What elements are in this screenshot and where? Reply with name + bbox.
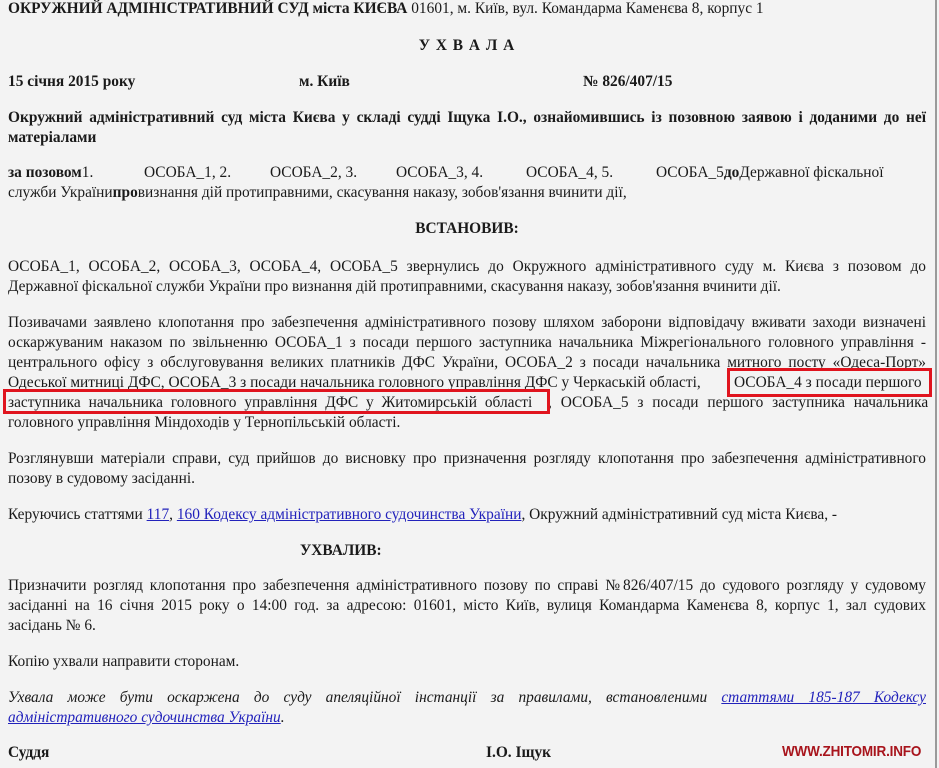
claim-party-5: ОСОБА_5	[656, 164, 724, 181]
para3-line-1: Розглянувши матеріали справи, суд прийшо…	[8, 450, 926, 468]
claim-party-num: 1.	[82, 164, 94, 181]
para2-line-1: Позивачами заявлено клопотання про забез…	[8, 314, 926, 332]
para4: Керуючись статтями 117, 160 Кодексу адмі…	[8, 506, 837, 524]
para2-line-3: центрального офісу з обслуговування вели…	[8, 354, 926, 372]
claim-to-label: до	[724, 164, 739, 181]
para3-line-2: позову в судовому засіданні.	[8, 470, 195, 488]
para5-line-2: засіданні на 16 січня 2015 року о 14:00 …	[8, 597, 926, 615]
para5-line-1: Призначити розгляд клопотання про забезп…	[8, 577, 926, 595]
claim-party-2: ОСОБА_2, 3.	[270, 164, 357, 182]
article-160-code-link[interactable]: 160 Кодексу адміністративного судочинств…	[177, 506, 522, 523]
page-right-border	[935, 0, 937, 768]
claim-about-label: про	[113, 184, 138, 201]
articles-185-187-link[interactable]: статтями 185-187 Кодексу	[721, 689, 926, 706]
section-decided-heading: УХВАЛИВ:	[300, 542, 382, 560]
para1-line-2: Державної фіскальної служби України про …	[8, 278, 781, 296]
para2-line-6: головного управління Міндоходів у Терноп…	[8, 414, 400, 432]
document-title: У Х В А Л А	[8, 37, 926, 55]
intro-line-2: матеріалами	[8, 129, 96, 147]
article-117-link[interactable]: 117	[147, 506, 170, 523]
para2-line-4a: Одеської митниці ДФС, ОСОБА_3 з посади н…	[8, 374, 701, 392]
para4-suffix: , Окружний адміністративний суд міста Ки…	[521, 506, 837, 523]
appeal-line-1: Ухвала може бути оскаржена до суду апеля…	[8, 689, 926, 707]
para5-line-3: засідань № 6.	[8, 617, 96, 635]
case-number: № 826/407/15	[583, 73, 672, 91]
claim-party-3: ОСОБА_3, 4.	[396, 164, 483, 182]
court-name: ОКРУЖНИЙ АДМІНІСТРАТИВНИЙ СУД міста КИЄВ…	[8, 0, 407, 17]
para4-separator: ,	[169, 506, 177, 523]
signature-label: Суддя	[8, 744, 49, 762]
court-header: ОКРУЖНИЙ АДМІНІСТРАТИВНИЙ СУД міста КИЄВ…	[8, 0, 764, 18]
claim-party-1: ОСОБА_1, 2.	[144, 164, 231, 182]
claim-party-4: ОСОБА_4, 5.	[526, 164, 613, 182]
claim-subject: визнання дій протиправними, скасування н…	[138, 184, 627, 201]
intro-line-1: Окружний адміністративний суд міста Києв…	[8, 109, 926, 127]
claim-line-1: за позовом1.	[8, 164, 93, 182]
para2-line-2: оскаржуваним наказом по звільненню ОСОБА…	[8, 334, 926, 352]
articles-185-187-link-cont[interactable]: адміністративного судочинства України	[8, 709, 281, 726]
para2-line-4b-highlighted: ОСОБА_4 з посади першого	[734, 374, 922, 392]
para2-line-5a-highlighted: заступника начальника головного управлін…	[8, 394, 532, 412]
court-address: 01601, м. Київ, вул. Командарма Каменєва…	[407, 0, 763, 17]
appeal-text: Ухвала може бути оскаржена до суду апеля…	[8, 689, 721, 706]
claim-label: за позовом	[8, 164, 82, 181]
claim-defendant-cont: служби України	[8, 184, 113, 201]
judge-name: І.О. Іщук	[486, 744, 551, 762]
ruling-city: м. Київ	[299, 73, 350, 91]
para6: Копію ухвали направити сторонам.	[8, 653, 239, 671]
appeal-end: .	[281, 709, 285, 726]
claim-defendant: Державної фіскальної	[739, 164, 883, 181]
para2-line-5b: , ОСОБА_5 з посади першого заступника на…	[548, 394, 928, 412]
appeal-line-2: адміністративного судочинства України.	[8, 709, 285, 727]
section-established-heading: ВСТАНОВИВ:	[8, 220, 926, 238]
site-watermark: WWW.ZHITOMIR.INFO	[782, 743, 921, 760]
claim-party-5-and-defendant: ОСОБА_5доДержавної фіскальної	[656, 164, 884, 182]
ruling-date: 15 січня 2015 року	[8, 73, 135, 91]
claim-line-2: служби Українипровизнання дій протиправн…	[8, 184, 627, 202]
para4-prefix: Керуючись статтями	[8, 506, 147, 523]
para1-line-1: ОСОБА_1, ОСОБА_2, ОСОБА_3, ОСОБА_4, ОСОБ…	[8, 258, 926, 276]
